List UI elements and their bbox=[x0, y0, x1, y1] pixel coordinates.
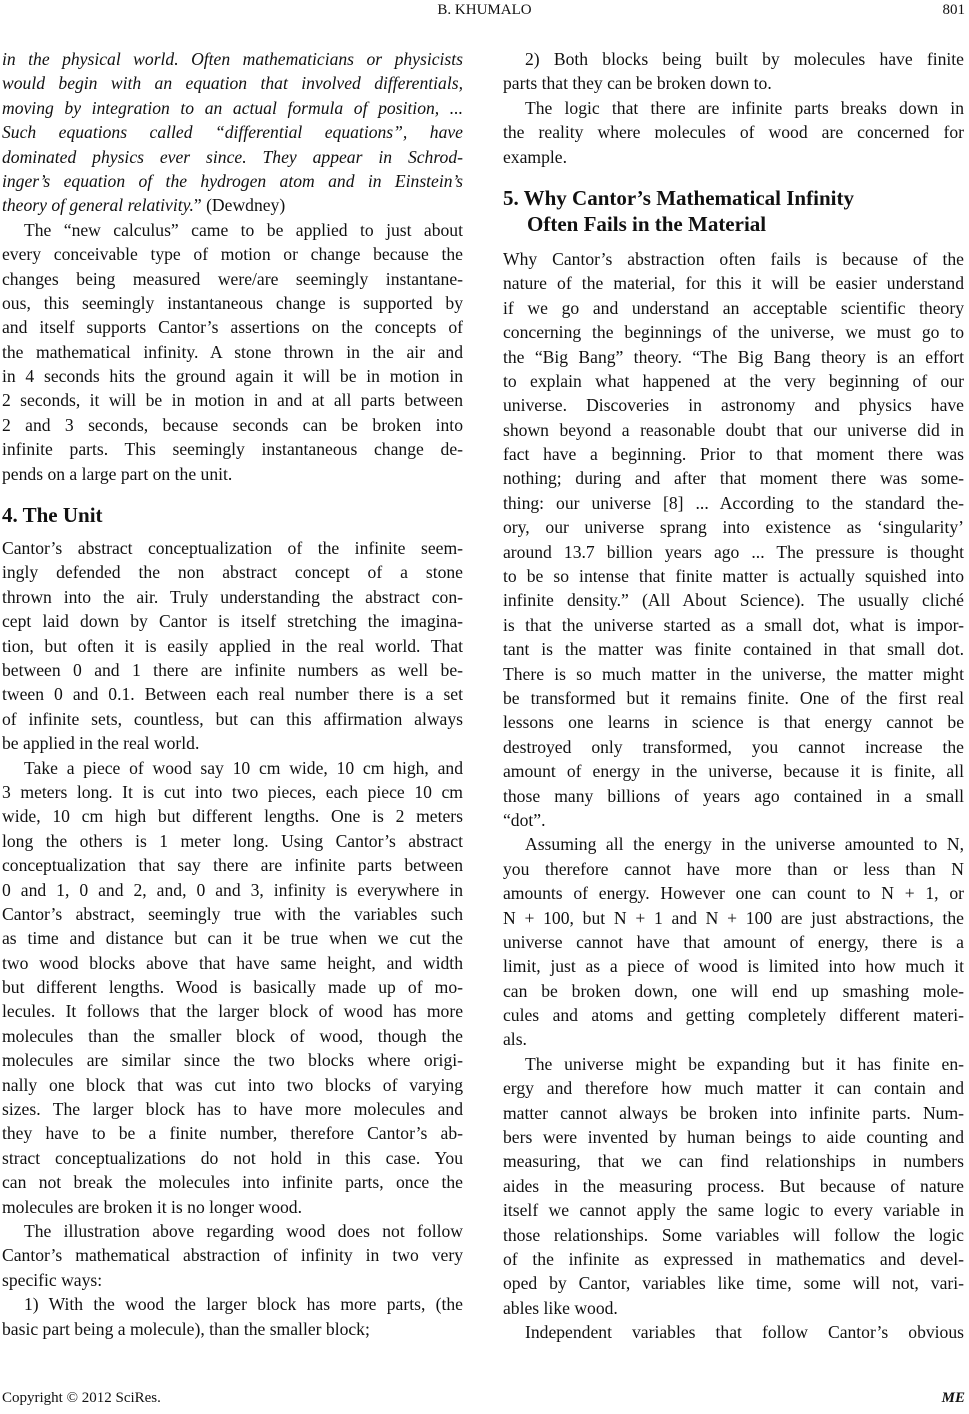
text-line: in 4 seconds hits the ground again it wi… bbox=[2, 364, 463, 388]
text-line: ingly defended the non abstract concept … bbox=[2, 560, 463, 584]
text-line: matter cannot always be broken into infi… bbox=[503, 1101, 964, 1125]
text-line: infinite density.” (All About Science). … bbox=[503, 588, 964, 612]
text-line: moving by integration to an actual formu… bbox=[2, 96, 463, 120]
text-line: shown beyond a reasonable doubt that our… bbox=[503, 418, 964, 442]
text-line: 2) Both blocks being built by molecules … bbox=[503, 47, 964, 71]
text-line: the mathematical infinity. A stone throw… bbox=[2, 340, 463, 364]
text-line: thrown into the air. Truly understanding… bbox=[2, 585, 463, 609]
text-line: ables like wood. bbox=[503, 1296, 964, 1320]
text-line: universe. Discoveries in astronomy and p… bbox=[503, 393, 964, 417]
text-line: if we go and understand an acceptable sc… bbox=[503, 296, 964, 320]
text-line: tion, but often it is easily applied in … bbox=[2, 634, 463, 658]
text-line: Take a piece of wood say 10 cm wide, 10 … bbox=[2, 756, 463, 780]
text-line: the “Big Bang” theory. “The Big Bang the… bbox=[503, 345, 964, 369]
text-line: thing: our universe [8] ... According to… bbox=[503, 491, 964, 515]
text-line: amounts of energy. However one can count… bbox=[503, 881, 964, 905]
text-line: as time and distance but can it be true … bbox=[2, 926, 463, 950]
text-line: of infinite sets, countless, but can thi… bbox=[2, 707, 463, 731]
quote-citation: ” (Dewdney) bbox=[194, 195, 285, 215]
text-line: aides in the measuring process. But beca… bbox=[503, 1174, 964, 1198]
text-line: long the others is 1 meter long. Using C… bbox=[2, 829, 463, 853]
section-heading-5: 5. Why Cantor’s Mathematical Infinity Of… bbox=[503, 185, 964, 237]
text-line: every conceivable type of motion or chan… bbox=[2, 242, 463, 266]
text-line: The universe might be expanding but it h… bbox=[503, 1052, 964, 1076]
text-line: lecules. It follows that the larger bloc… bbox=[2, 999, 463, 1023]
text-line: would begin with an equation that involv… bbox=[2, 71, 463, 95]
text-line: two wood blocks above that have same hei… bbox=[2, 951, 463, 975]
text-line: pends on a large part on the unit. bbox=[2, 462, 463, 486]
text-line: 1) With the wood the larger block has mo… bbox=[2, 1292, 463, 1316]
text-line: changes being measured were/are seemingl… bbox=[2, 267, 463, 291]
text-line: Independent variables that follow Cantor… bbox=[503, 1320, 964, 1344]
quote-source-title: theory of general relativity. bbox=[2, 195, 194, 215]
paragraph-assuming: Assuming all the energy in the universe … bbox=[503, 832, 964, 1052]
running-header-author: B. KHUMALO bbox=[0, 2, 969, 19]
text-line: the reality where molecules of wood are … bbox=[503, 120, 964, 144]
paragraph-unit: Cantor’s abstract conceptualization of t… bbox=[2, 536, 463, 756]
text-line: stract conceptualizations do not hold in… bbox=[2, 1146, 463, 1170]
section-heading-4: 4. The Unit bbox=[2, 502, 463, 528]
text-line: lessons one learns in science is that en… bbox=[503, 710, 964, 734]
text-line: inger’s equation of the hydrogen atom an… bbox=[2, 169, 463, 193]
text-line: 0 and 1, 0 and 2, and, 0 and 3, infinity… bbox=[2, 878, 463, 902]
text-line: and itself supports Cantor’s assertions … bbox=[2, 315, 463, 339]
text-line: 3 meters long. It is cut into two pieces… bbox=[2, 780, 463, 804]
text-line: molecules are broken it is no longer woo… bbox=[2, 1195, 463, 1219]
text-line: is that the universe started as a small … bbox=[503, 613, 964, 637]
text-line: specific ways: bbox=[2, 1268, 463, 1292]
text-line: Such equations called “differential equa… bbox=[2, 120, 463, 144]
section-heading-5-line1: 5. Why Cantor’s Mathematical Infinity bbox=[503, 186, 854, 210]
text-line: measuring, that we can find relationship… bbox=[503, 1149, 964, 1173]
text-line: be transformed but it remains finite. On… bbox=[503, 686, 964, 710]
text-line: conceptualization that say there are inf… bbox=[2, 853, 463, 877]
text-line: nally one block that was cut into two bl… bbox=[2, 1073, 463, 1097]
text-line: in the physical world. Often mathematici… bbox=[2, 47, 463, 71]
text-line: itself we cannot apply the same logic to… bbox=[503, 1198, 964, 1222]
right-column: 2) Both blocks being built by molecules … bbox=[503, 47, 964, 1345]
text-line: wide, 10 cm high but different lengths. … bbox=[2, 804, 463, 828]
text-line: between 0 and 1 there are infinite numbe… bbox=[2, 658, 463, 682]
text-line: als. bbox=[503, 1027, 964, 1051]
text-line: to explain what happened at the very beg… bbox=[503, 369, 964, 393]
text-line: infinite parts. This seemingly instantan… bbox=[2, 437, 463, 461]
text-line: fact have a beginning. Prior to that mom… bbox=[503, 442, 964, 466]
text-line: but different lengths. Wood is basically… bbox=[2, 975, 463, 999]
paragraph-logic: The logic that there are infinite parts … bbox=[503, 96, 964, 169]
paragraph-new-calculus: The “new calculus” came to be applied to… bbox=[2, 218, 463, 486]
text-line: can be broken down, one will end up smas… bbox=[503, 979, 964, 1003]
text-line: The illustration above regarding wood do… bbox=[2, 1219, 463, 1243]
text-line: “dot”. bbox=[503, 808, 964, 832]
paragraph-expanding: The universe might be expanding but it h… bbox=[503, 1052, 964, 1320]
text-line: molecules than the smaller block of wood… bbox=[2, 1024, 463, 1048]
text-line: around 13.7 billion years ago ... The pr… bbox=[503, 540, 964, 564]
text-line: theory of general relativity.” (Dewdney) bbox=[2, 193, 463, 217]
text-line: be applied in the real world. bbox=[2, 731, 463, 755]
text-line: those many billions of years ago contain… bbox=[503, 784, 964, 808]
text-line: universe cannot have that amount of ener… bbox=[503, 930, 964, 954]
text-line: parts that they can be broken down to. bbox=[503, 71, 964, 95]
text-line: 2 seconds, it will be in motion in and a… bbox=[2, 388, 463, 412]
text-line: to be so intense that finite matter is a… bbox=[503, 564, 964, 588]
text-line: bers were invented by human beings to ai… bbox=[503, 1125, 964, 1149]
text-line: N + 100, but N + 1 and N + 100 are just … bbox=[503, 906, 964, 930]
copyright-notice: Copyright © 2012 SciRes. bbox=[2, 1390, 161, 1407]
text-line: tween 0 and 0.1. Between each real numbe… bbox=[2, 682, 463, 706]
text-line: nothing; during and after that moment th… bbox=[503, 466, 964, 490]
text-line: 2 and 3 seconds, because seconds can be … bbox=[2, 413, 463, 437]
text-line: tant is the matter was finite contained … bbox=[503, 637, 964, 661]
text-line: cules and atoms and getting completely d… bbox=[503, 1003, 964, 1027]
text-line: they have to be a finite number, therefo… bbox=[2, 1121, 463, 1145]
text-line: cept laid down by Cantor is itself stret… bbox=[2, 609, 463, 633]
text-line: oped by Cantor, variables like time, som… bbox=[503, 1271, 964, 1295]
text-line: those relationships. Some variables will… bbox=[503, 1223, 964, 1247]
text-line: Assuming all the energy in the universe … bbox=[503, 832, 964, 856]
paragraph-illustration: The illustration above regarding wood do… bbox=[2, 1219, 463, 1292]
text-line: nature of the material, for this it will… bbox=[503, 271, 964, 295]
text-line: destroyed only transformed, you cannot i… bbox=[503, 735, 964, 759]
text-line: concerning the beginnings of the univers… bbox=[503, 320, 964, 344]
quote-dewdney: in the physical world. Often mathematici… bbox=[2, 47, 463, 218]
running-header: B. KHUMALO 801 bbox=[0, 0, 969, 24]
text-line: Cantor’s abstract, seemingly true with t… bbox=[2, 902, 463, 926]
text-line: sizes. The larger block has to have more… bbox=[2, 1097, 463, 1121]
page-number: 801 bbox=[943, 2, 966, 19]
text-line: ous, this seemingly instantaneous change… bbox=[2, 291, 463, 315]
left-column: in the physical world. Often mathematici… bbox=[2, 47, 463, 1341]
section-heading-5-line2: Often Fails in the Material bbox=[503, 211, 964, 237]
text-line: Why Cantor’s abstraction often fails is … bbox=[503, 247, 964, 271]
text-line: amount of energy in the universe, becaus… bbox=[503, 759, 964, 783]
paragraph-why: Why Cantor’s abstraction often fails is … bbox=[503, 247, 964, 832]
journal-abbreviation: ME bbox=[942, 1390, 965, 1407]
text-line: Cantor’s mathematical abstraction of inf… bbox=[2, 1243, 463, 1267]
text-line: example. bbox=[503, 145, 964, 169]
text-line: The “new calculus” came to be applied to… bbox=[2, 218, 463, 242]
text-line: ory, our universe sprang into existence … bbox=[503, 515, 964, 539]
text-line: There is so much matter in the universe,… bbox=[503, 662, 964, 686]
paragraph-independent: Independent variables that follow Cantor… bbox=[503, 1320, 964, 1344]
paragraph-wood: Take a piece of wood say 10 cm wide, 10 … bbox=[2, 756, 463, 1219]
text-line: of the infinite as expressed in mathemat… bbox=[503, 1247, 964, 1271]
text-line: ergy and therefore how much matter it ca… bbox=[503, 1076, 964, 1100]
text-line: Cantor’s abstract conceptualization of t… bbox=[2, 536, 463, 560]
text-line: you therefore cannot have more than or l… bbox=[503, 857, 964, 881]
text-line: limit, just as a piece of wood is limite… bbox=[503, 954, 964, 978]
list-item-2: 2) Both blocks being built by molecules … bbox=[503, 47, 964, 96]
text-line: The logic that there are infinite parts … bbox=[503, 96, 964, 120]
text-line: basic part being a molecule), than the s… bbox=[2, 1317, 463, 1341]
text-line: molecules are similar since the two bloc… bbox=[2, 1048, 463, 1072]
list-item-1: 1) With the wood the larger block has mo… bbox=[2, 1292, 463, 1341]
text-line: dominated physics ever since. They appea… bbox=[2, 145, 463, 169]
text-line: can not break the molecules into infinit… bbox=[2, 1170, 463, 1194]
